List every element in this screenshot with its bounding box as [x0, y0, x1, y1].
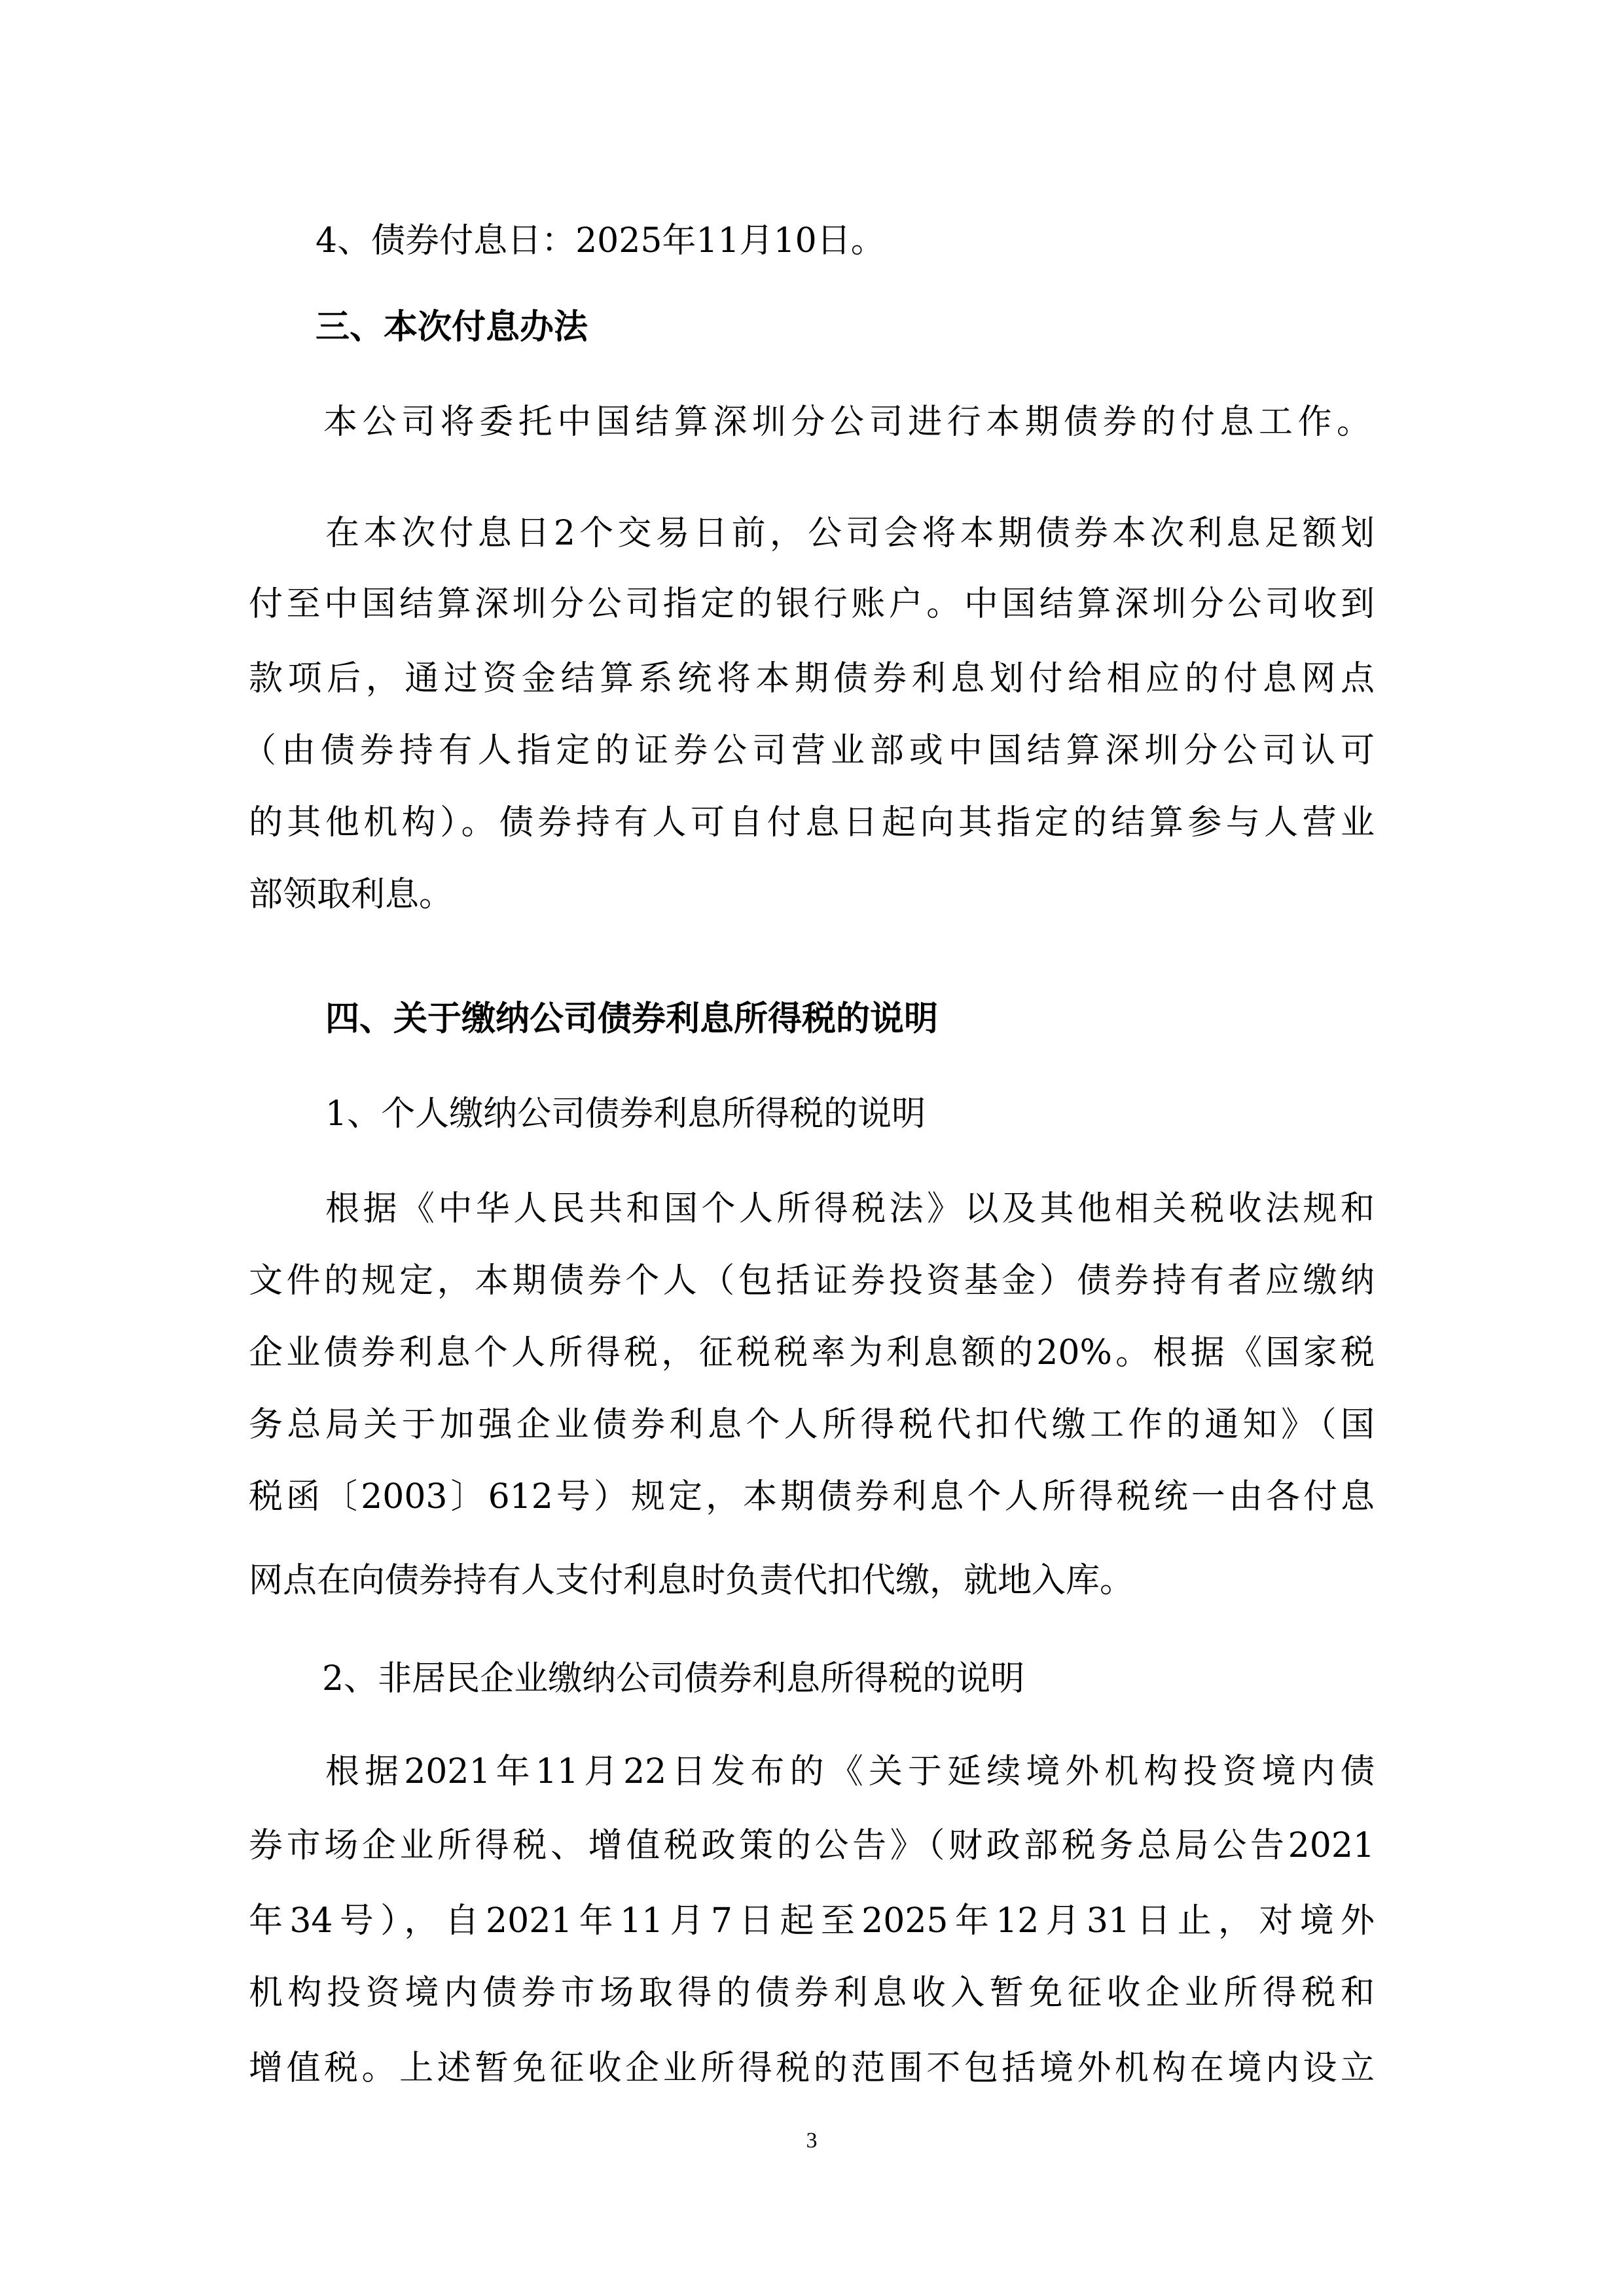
page-number: 3: [785, 2128, 838, 2153]
text-line: 网点在向债券持有人支付利息时负责代扣代缴，就地入库。: [249, 1558, 1231, 1604]
text-line: 增值税。上述暂免征收企业所得税的范围不包括境外机构在境内设立: [249, 2045, 1375, 2091]
text-line: 根据2021年11月22日发布的《关于延续境外机构投资境内债: [325, 1749, 1375, 1795]
text-line: 付至中国结算深圳分公司指定的银行账户。中国结算深圳分公司收到: [249, 581, 1375, 627]
text-line: 的其他机构）。债券持有人可自付息日起向其指定的结算参与人营业: [249, 800, 1375, 846]
text-line: 券市场企业所得税、增值税政策的公告》（财政部税务总局公告2021: [249, 1823, 1375, 1869]
text-line: 在本次付息日2个交易日前，公司会将本期债券本次利息足额划: [325, 511, 1375, 556]
document-page: 4、债券付息日：2025年11月10日。三、本次付息办法本公司将委托中国结算深圳…: [0, 0, 1624, 2296]
section-heading: 三、本次付息办法: [316, 304, 708, 350]
text-line: 部领取利息。: [249, 872, 511, 918]
text-line: 4、债券付息日：2025年11月10日。: [316, 218, 905, 264]
text-line: （由债券持有人指定的证券公司营业部或中国结算深圳分公司认可: [242, 728, 1375, 774]
section-heading: 1、个人缴纳公司债券利息所得税的说明: [325, 1091, 1045, 1137]
text-line: 文件的规定，本期债券个人（包括证券投资基金）债券持有者应缴纳: [249, 1258, 1375, 1304]
text-line: 税函〔2003〕612号）规定，本期债券利息个人所得税统一由各付息: [249, 1474, 1375, 1520]
text-line: 款项后，通过资金结算系统将本期债券利息划付给相应的付息网点: [249, 656, 1375, 702]
text-line: 企业债券利息个人所得税，征税税率为利息额的20%。根据《国家税: [249, 1330, 1375, 1376]
section-heading: 2、非居民企业缴纳公司债券利息所得税的说明: [322, 1656, 1173, 1702]
section-heading: 四、关于缴纳公司债券利息所得税的说明: [325, 996, 1045, 1042]
text-line: 年34号），自2021年11月7日起至2025年12月31日止，对境外: [249, 1898, 1375, 1944]
text-line: 务总局关于加强企业债券利息个人所得税代扣代缴工作的通知》（国: [249, 1402, 1375, 1448]
text-line: 机构投资境内债券市场取得的债券利息收入暂免征收企业所得税和: [249, 1970, 1375, 2016]
text-line: 根据《中华人民共和国个人所得税法》以及其他相关税收法规和: [325, 1186, 1375, 1232]
text-line: 本公司将委托中国结算深圳分公司进行本期债券的付息工作。: [323, 399, 1371, 445]
